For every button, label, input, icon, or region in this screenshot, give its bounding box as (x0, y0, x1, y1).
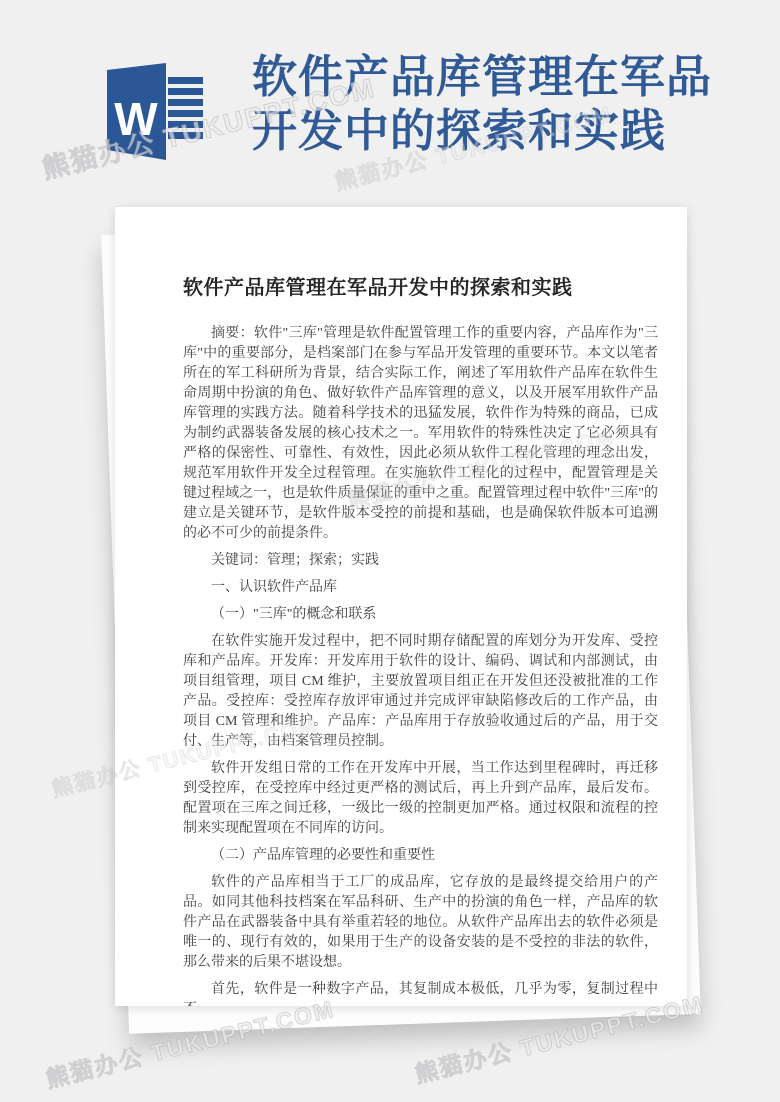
doc-paragraph: 首先，软件是一种数字产品，其复制成本极低，几乎为零，复制过程中不 (183, 980, 658, 1006)
word-doc-stripes (168, 77, 203, 139)
page-title: 软件产品库管理在军品 开发中的探索和实践 (252, 50, 712, 158)
doc-paragraph-abstract: 摘要：软件"三库"管理是软件配置管理工作的重要内容，产品库作为"三库"中的重要部… (183, 324, 658, 544)
page-title-line1: 软件产品库管理在军品 (252, 50, 712, 104)
doc-paragraph: 软件的产品库相当于工厂的成品库，它存放的是最终提交给用户的产品。如同其他科技档案… (183, 873, 658, 973)
document-page: 软件产品库管理在军品开发中的探索和实践 摘要：软件"三库"管理是软件配置管理工作… (115, 207, 687, 1006)
doc-heading-section-1: 一、认识软件产品库 (183, 578, 658, 598)
doc-heading-section-1-1: （一）"三库"的概念和联系 (183, 605, 658, 625)
doc-paragraph-keywords: 关键词：管理；探索；实践 (183, 551, 658, 571)
word-icon: W (107, 63, 207, 165)
doc-paragraph: 在软件实施开发过程中，把不同时期存储配置的库划分为开发库、受控库和产品库。开发库… (183, 632, 658, 752)
doc-paragraph: 软件开发组日常的工作在开发库中开展，当工作达到里程碑时，再迁移到受控库，在受控库… (183, 759, 658, 839)
document-preview-screen: W 软件产品库管理在军品 开发中的探索和实践 软件产品库管理在军品开发中的探索和… (0, 0, 780, 1102)
page-title-line2: 开发中的探索和实践 (252, 104, 712, 158)
word-icon-letter: W (114, 93, 158, 145)
doc-heading-section-1-2: （二）产品库管理的必要性和重要性 (183, 846, 658, 866)
document-title: 软件产品库管理在军品开发中的探索和实践 (183, 271, 658, 300)
